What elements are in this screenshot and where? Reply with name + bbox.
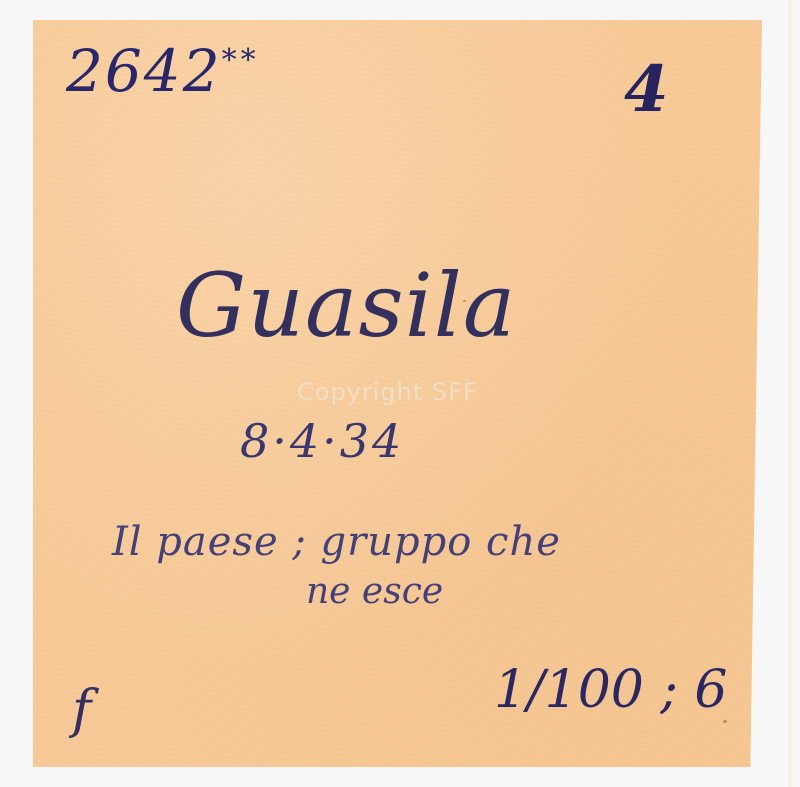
paper-speck bbox=[723, 720, 727, 723]
description-line-2: ne esce bbox=[306, 574, 443, 610]
catalog-number: 2642** bbox=[66, 42, 260, 100]
place-name: Guasila bbox=[176, 262, 516, 350]
date: 8·4·34 bbox=[240, 418, 404, 464]
star-marks: ** bbox=[222, 43, 260, 78]
description-line-1: Il paese ; gruppo che bbox=[112, 522, 561, 562]
scale-info: 1/100 ; 6 bbox=[494, 664, 728, 716]
catalog-number-value: 2642 bbox=[66, 37, 222, 105]
adjacent-sheet-edge bbox=[788, 0, 792, 787]
copyright-watermark: Copyright SFF bbox=[297, 378, 478, 406]
scanned-document: 2642** 4 Guasila Copyright SFF 8·4·34 Il… bbox=[0, 0, 800, 787]
bottom-left-mark: f bbox=[72, 684, 91, 736]
corner-mark: 4 bbox=[624, 58, 669, 122]
